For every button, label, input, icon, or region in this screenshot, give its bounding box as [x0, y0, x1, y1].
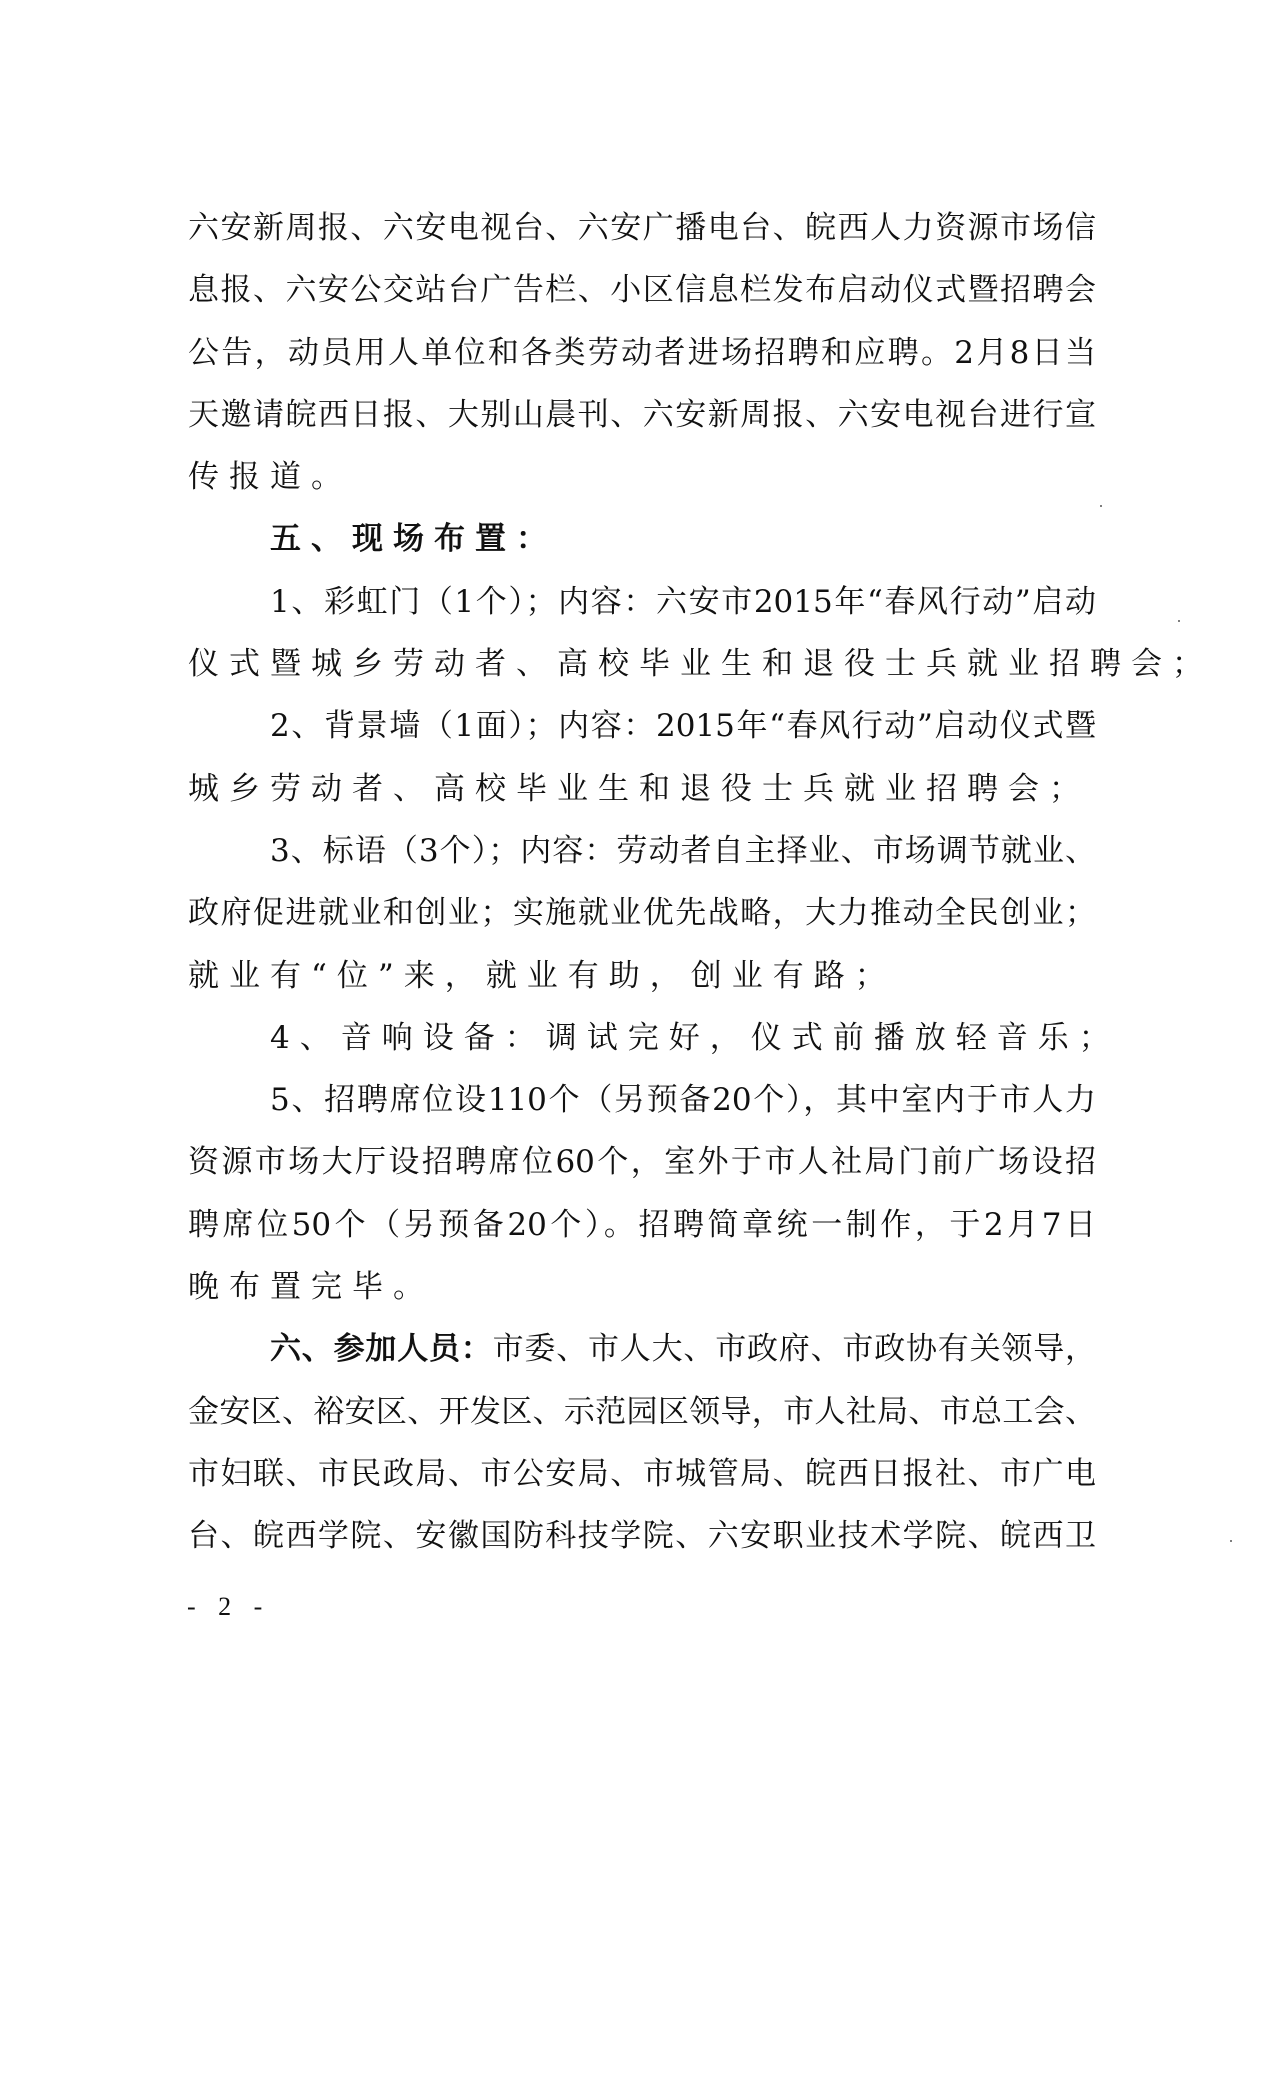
text-line: 市妇联、市民政局、市公安局、市城管局、皖西日报社、市广电: [188, 1443, 1096, 1505]
list-item-line: 资源市场大厅设招聘席位60个，室外于市人社局门前广场设招: [188, 1131, 1096, 1193]
section-heading: 五、现场布置：: [188, 508, 1096, 570]
text-line: 公告，动员用人单位和各类劳动者进场招聘和应聘。2月8日当: [188, 322, 1096, 384]
list-item-line: 3、标语（3个）；内容：劳动者自主择业、市场调节就业、: [188, 820, 1096, 882]
list-item-line: 就业有“位”来，就业有助，创业有路；: [188, 945, 1096, 1007]
list-item-line: 4、音响设备：调试完好，仪式前播放轻音乐；: [188, 1007, 1096, 1069]
text-line: 金安区、裕安区、开发区、示范园区领导，市人社局、市总工会、: [188, 1381, 1096, 1443]
document-body: 六安新周报、六安电视台、六安广播电台、皖西人力资源市场信 息报、六安公交站台广告…: [188, 197, 1096, 1568]
scan-speck: [1230, 1540, 1232, 1542]
scan-speck: [1178, 620, 1180, 622]
page-number: - 2 -: [187, 1592, 270, 1622]
section-heading: 六、参加人员：: [270, 1331, 493, 1367]
list-item-line: 城乡劳动者、高校毕业生和退役士兵就业招聘会；: [188, 758, 1096, 820]
list-item-line: 晚布置完毕。: [188, 1256, 1096, 1318]
list-item-line: 仪式暨城乡劳动者、高校毕业生和退役士兵就业招聘会；: [188, 633, 1096, 695]
text-line: 天邀请皖西日报、大别山晨刊、六安新周报、六安电视台进行宣: [188, 384, 1096, 446]
text-line: 六安新周报、六安电视台、六安广播电台、皖西人力资源市场信: [188, 197, 1096, 259]
text-line: 台、皖西学院、安徽国防科技学院、六安职业技术学院、皖西卫: [188, 1505, 1096, 1567]
list-item-line: 1、彩虹门（1个）；内容：六安市2015年“春风行动”启动: [188, 571, 1096, 633]
text-line: 息报、六安公交站台广告栏、小区信息栏发布启动仪式暨招聘会: [188, 259, 1096, 321]
list-item-line: 2、背景墙（1面）；内容：2015年“春风行动”启动仪式暨: [188, 695, 1096, 757]
list-item-line: 5、招聘席位设110个（另预备20个），其中室内于市人力: [188, 1069, 1096, 1131]
text-line: 传报道。: [188, 446, 1096, 508]
list-item-line: 政府促进就业和创业；实施就业优先战略，大力推动全民创业；: [188, 882, 1096, 944]
section-paragraph-line: 六、参加人员：市委、市人大、市政府、市政协有关领导，: [188, 1318, 1096, 1380]
scan-speck: [1100, 505, 1102, 507]
text-span: 市委、市人大、市政府、市政协有关领导，: [493, 1331, 1096, 1367]
document-page: 六安新周报、六安电视台、六安广播电台、皖西人力资源市场信 息报、六安公交站台广告…: [0, 0, 1275, 2100]
list-item-line: 聘席位50个（另预备20个）。招聘简章统一制作，于2月7日: [188, 1194, 1096, 1256]
